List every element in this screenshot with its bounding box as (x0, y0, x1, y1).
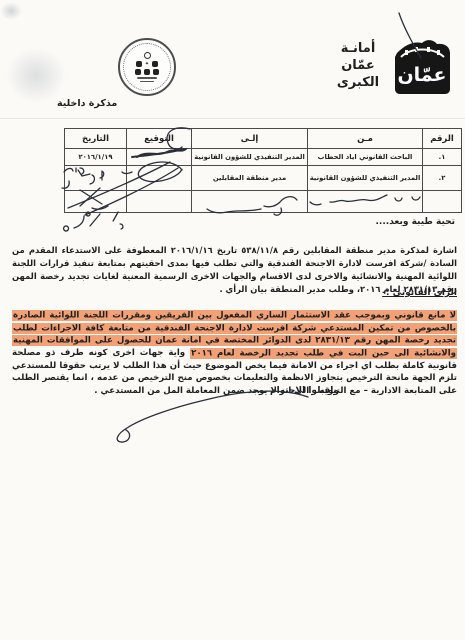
row2-signature (127, 166, 192, 191)
row3-signature (127, 191, 192, 213)
logo-title-line2: عمّان (329, 57, 387, 74)
round-seal-stamp-icon: ✦ (118, 38, 176, 96)
seal-text-line (137, 77, 157, 79)
row2-number: ٢. (423, 166, 462, 191)
routing-header-row: الرقم مـن إلـى التوقيع التاريخ (65, 129, 462, 149)
gam-logo-title: أمانـة عمّان الكبرى (329, 40, 387, 91)
seal-dot-row-1: ✦ (136, 61, 158, 67)
closing-line: واقبلوا الاحترام ...، (253, 386, 339, 396)
handwriting-below-table (64, 212, 123, 231)
row3-date (65, 191, 127, 213)
row2-from: المدير التنفيذي للشؤون القانونية (308, 166, 423, 191)
logo-title-line1: أمانـة (329, 40, 387, 57)
legal-opinion-heading: الراي القانوني :- (382, 288, 457, 298)
column-header-date: التاريخ (65, 129, 127, 149)
row3-from (308, 191, 423, 213)
row1-to: المدير التنفيذي للشؤون القانونية (192, 149, 308, 166)
row1-number: ١. (423, 149, 462, 166)
logo-mark-word: عمّان (397, 64, 446, 86)
scan-smudge-corner (0, 2, 22, 20)
greeting-line: تحية طيبة وبعد.... (376, 217, 455, 227)
column-header-to: إلـى (192, 129, 308, 149)
opinion-lead-bold: لا مانع قانوني (394, 311, 456, 321)
row3-number (423, 191, 462, 213)
routing-table: الرقم مـن إلـى التوقيع التاريخ ١. الباحث… (64, 128, 462, 213)
row1-date: ٢٠١٦/١/١٩ (65, 149, 127, 166)
scan-smudge (6, 48, 66, 103)
table-row: ١. الباحث القانوني اياد الحطاب المدير ال… (65, 149, 462, 166)
gam-logo-svg: عمّان (393, 37, 452, 95)
doc-type-label: مذكرة داخلية (57, 98, 117, 109)
row2-date (65, 166, 127, 191)
table-row (65, 191, 462, 213)
gam-logo-icon: عمّان (393, 37, 452, 95)
closing-signature-swoosh (117, 391, 308, 442)
legal-opinion-paragraph: لا مانع قانوني وبموجب عقد الاستثمار السا… (12, 310, 457, 398)
seal-text-line (140, 81, 154, 83)
column-header-signature: التوقيع (127, 129, 192, 149)
seal-dot-row-2 (135, 69, 159, 75)
memo-page: عمّان أمانـة عمّان الكبرى ✦ مذكرة داخلية… (0, 0, 465, 640)
table-row: ٢. المدير التنفيذي للشؤون القانونية مدير… (65, 166, 462, 191)
column-header-number: الرقم (423, 129, 462, 149)
row3-to (192, 191, 308, 213)
logo-title-line3: الكبرى (329, 74, 387, 91)
column-header-from: مـن (308, 129, 423, 149)
row1-signature (127, 149, 192, 166)
seal-top-circle (144, 52, 151, 59)
scan-fold-line (0, 118, 465, 119)
row1-from: الباحث القانوني اياد الحطاب (308, 149, 423, 166)
row2-to: مدير منطقة المقابلين (192, 166, 308, 191)
